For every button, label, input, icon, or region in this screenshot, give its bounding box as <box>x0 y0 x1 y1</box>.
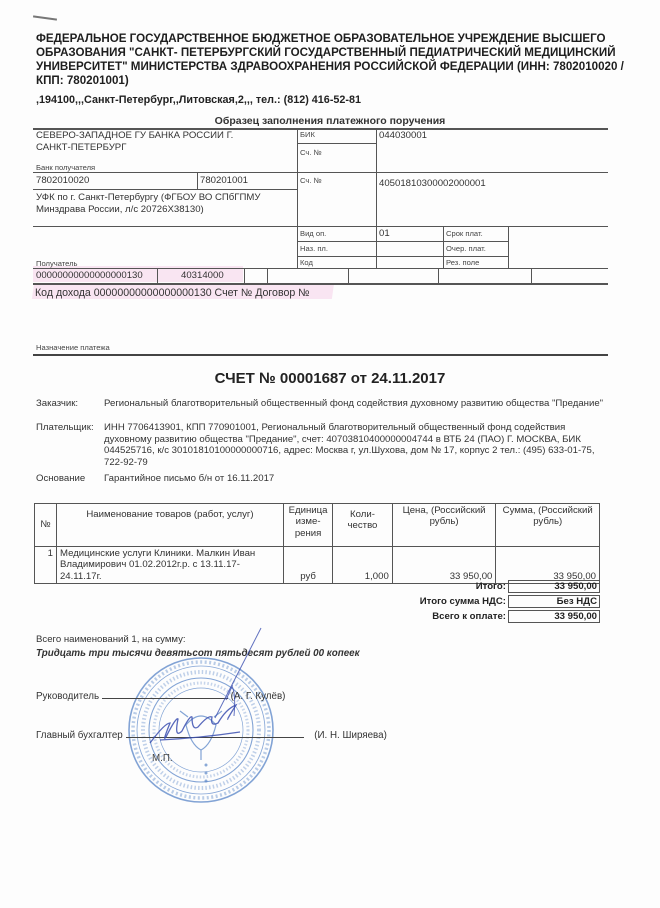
row-sum: 33 950,00 <box>496 547 600 584</box>
col-name: Наименование товаров (работ, услуг) <box>56 504 283 547</box>
row-unit: руб <box>284 547 333 584</box>
oktmo-value: 40314000 <box>181 270 224 281</box>
row-name: Медицинские услуги Клиники. Малкин Иван … <box>56 547 283 584</box>
total-row: Итого: 33 950,00 <box>34 580 600 595</box>
kbk-value: 00000000000000000130 <box>36 270 143 281</box>
bik-value: 044030001 <box>379 130 427 141</box>
total-value: 33 950,00 <box>508 580 600 593</box>
organization-address: ,194100,,,Санкт-Петербург,,Литовская,2,,… <box>36 94 361 106</box>
account-value: 40501810300002000001 <box>379 178 486 189</box>
accountant-signature-row: Главный бухгалтер (И. Н. Ширяева) <box>36 728 387 741</box>
col-qty: Коли- чество <box>333 504 393 547</box>
table-row: 1 Медицинские услуги Клиники. Малкин Ива… <box>35 547 600 584</box>
basis-value: Гарантийное письмо б/н от 16.11.2017 <box>104 473 604 485</box>
items-count-text: Всего наименований 1, на сумму: <box>36 634 186 645</box>
vat-row: Итого сумма НДС: Без НДС <box>34 595 600 610</box>
payer-label: Плательщик: <box>36 422 94 434</box>
recipient-name-2: Минздрава России, л/с 20726Х38130) <box>36 204 204 215</box>
code-label: Код <box>300 258 313 267</box>
row-price: 33 950,00 <box>392 547 496 584</box>
col-sum: Сумма, (Российский рубль) <box>496 504 600 547</box>
row-qty: 1,000 <box>333 547 393 584</box>
col-price: Цена, (Российский рубль) <box>392 504 496 547</box>
col-num: № <box>35 504 57 547</box>
basis-block: Основание Гарантийное письмо б/н от 16.1… <box>36 473 596 485</box>
director-label: Руководитель <box>36 691 99 702</box>
income-code-line: Код дохода 00000000000000000130 Счет № Д… <box>35 287 310 299</box>
invoice-document: ФЕДЕРАЛЬНОЕ ГОСУДАРСТВЕННОЕ БЮДЖЕТНОЕ ОБ… <box>0 0 660 908</box>
totals-block: Итого: 33 950,00 Итого сумма НДС: Без НД… <box>34 580 600 625</box>
director-name: (А. Г. Кулёв) <box>231 691 286 702</box>
scan-mark <box>33 15 57 20</box>
accountant-signature-line <box>126 728 304 738</box>
row-num: 1 <box>35 547 57 584</box>
priority-label: Очер. плат. <box>446 244 486 253</box>
bank-name: СЕВЕРО-ЗАПАДНОЕ ГУ БАНКА РОССИИ Г. <box>36 130 233 141</box>
bik-label: БИК <box>300 130 315 139</box>
reserve-label: Рез. поле <box>446 258 479 267</box>
col-unit: Единица изме- рения <box>284 504 333 547</box>
inn-value: 7802010020 <box>36 175 89 186</box>
kpp-value: 780201001 <box>200 175 248 186</box>
account-label: Сч. № <box>300 176 322 185</box>
purpose-label: Назначение платежа <box>36 343 110 352</box>
payer-block: Плательщик: ИНН 7706413901, КПП 77090100… <box>36 422 596 470</box>
customer-label: Заказчик: <box>36 398 78 410</box>
total-label: Итого: <box>476 581 506 592</box>
items-table: № Наименование товаров (работ, услуг) Ед… <box>34 503 600 584</box>
op-type-label: Вид оп. <box>300 229 326 238</box>
table-header-row: № Наименование товаров (работ, услуг) Ед… <box>35 504 600 547</box>
accountant-name: (И. Н. Ширяева) <box>314 730 387 741</box>
customer-value: Региональный благотворительный обществен… <box>104 398 604 410</box>
due-row: Всего к оплате: 33 950,00 <box>34 610 600 625</box>
corr-account-label: Сч. № <box>300 148 322 157</box>
invoice-title: СЧЕТ № 00001687 от 24.11.2017 <box>0 370 660 387</box>
director-signature-line <box>102 689 228 699</box>
recipient-name: УФК по г. Санкт-Петербургу (ФГБОУ ВО СПб… <box>36 192 260 203</box>
director-signature-row: Руководитель (А. Г. Кулёв) <box>36 689 285 702</box>
due-label: Всего к оплате: <box>432 611 506 622</box>
payer-value: ИНН 7706413901, КПП 770901001, Региональ… <box>104 422 604 468</box>
divider <box>33 354 608 356</box>
accountant-label: Главный бухгалтер <box>36 730 123 741</box>
due-value: 33 950,00 <box>508 610 600 623</box>
seal-label: М.П. <box>152 753 173 764</box>
payment-sample-title: Образец заполнения платежного поручения <box>0 115 660 127</box>
organization-header: ФЕДЕРАЛЬНОЕ ГОСУДАРСТВЕННОЕ БЮДЖЕТНОЕ ОБ… <box>36 32 626 88</box>
payment-order-table: СЕВЕРО-ЗАПАДНОЕ ГУ БАНКА РОССИИ Г. САНКТ… <box>33 128 608 281</box>
vat-value: Без НДС <box>508 595 600 608</box>
basis-label: Основание <box>36 473 85 485</box>
bank-label: Банк получателя <box>36 163 95 172</box>
vat-label: Итого сумма НДС: <box>420 596 506 607</box>
recipient-label: Получатель <box>36 259 78 268</box>
bank-name-city: САНКТ-ПЕТЕРБУРГ <box>36 142 126 153</box>
customer-block: Заказчик: Региональный благотворительный… <box>36 398 596 422</box>
term-label: Срок плат. <box>446 229 483 238</box>
op-type-value: 01 <box>379 228 390 239</box>
pay-purpose-label: Наз. пл. <box>300 244 328 253</box>
